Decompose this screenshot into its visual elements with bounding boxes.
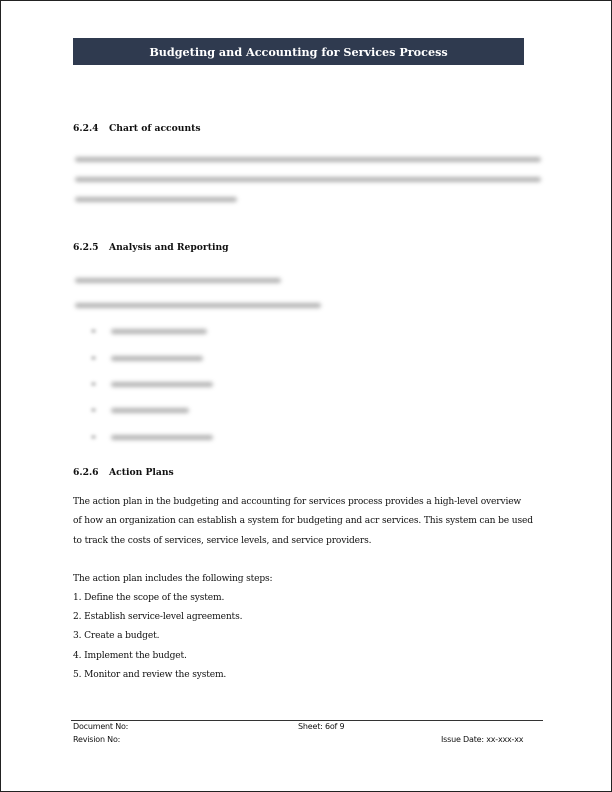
blurred-list-item <box>111 408 189 413</box>
paragraph-line: The action plan in the budgeting and acc… <box>73 497 521 507</box>
section-title: Analysis and Reporting <box>109 242 229 253</box>
blurred-text-line <box>75 278 281 283</box>
document-number-label: Document No: <box>73 722 128 731</box>
issue-date: Issue Date: xx-xxx-xx <box>441 735 523 744</box>
blurred-text-line <box>75 197 237 202</box>
section-heading-chart-of-accounts: 6.2.4Chart of accounts <box>73 123 201 134</box>
step-item: 3. Create a budget. <box>73 631 159 641</box>
blurred-list-item <box>111 435 213 440</box>
section-number: 6.2.6 <box>73 467 109 478</box>
step-item: 4. Implement the budget. <box>73 651 187 661</box>
blurred-text-line <box>75 177 541 182</box>
section-heading-action-plans: 6.2.6Action Plans <box>73 467 174 478</box>
blurred-list-item <box>111 356 203 361</box>
step-item: 5. Monitor and review the system. <box>73 670 226 680</box>
sheet-number: Sheet: 6of 9 <box>298 722 344 731</box>
bullet-icon <box>91 356 96 360</box>
paragraph-line: to track the costs of services, service … <box>73 536 371 546</box>
section-number: 6.2.5 <box>73 242 109 253</box>
steps-intro: The action plan includes the following s… <box>73 574 272 584</box>
blurred-text-line <box>75 157 541 162</box>
bullet-icon <box>91 435 96 439</box>
section-title: Chart of accounts <box>109 123 201 134</box>
blurred-list-item <box>111 329 207 334</box>
blurred-list-item <box>111 382 213 387</box>
step-item: 2. Establish service-level agreements. <box>73 612 242 622</box>
step-item: 1. Define the scope of the system. <box>73 593 224 603</box>
footer-divider <box>71 720 543 721</box>
document-header-bar: Budgeting and Accounting for Services Pr… <box>73 38 524 65</box>
bullet-icon <box>91 329 96 333</box>
section-number: 6.2.4 <box>73 123 109 134</box>
bullet-icon <box>91 382 96 386</box>
revision-number-label: Revision No: <box>73 735 120 744</box>
paragraph-line: of how an organization can establish a s… <box>73 516 533 526</box>
document-page: Budgeting and Accounting for Services Pr… <box>0 0 612 792</box>
section-heading-analysis-and-reporting: 6.2.5Analysis and Reporting <box>73 242 229 253</box>
blurred-text-line <box>75 303 321 308</box>
section-title: Action Plans <box>109 467 174 478</box>
bullet-icon <box>91 408 96 412</box>
document-title: Budgeting and Accounting for Services Pr… <box>149 45 447 59</box>
